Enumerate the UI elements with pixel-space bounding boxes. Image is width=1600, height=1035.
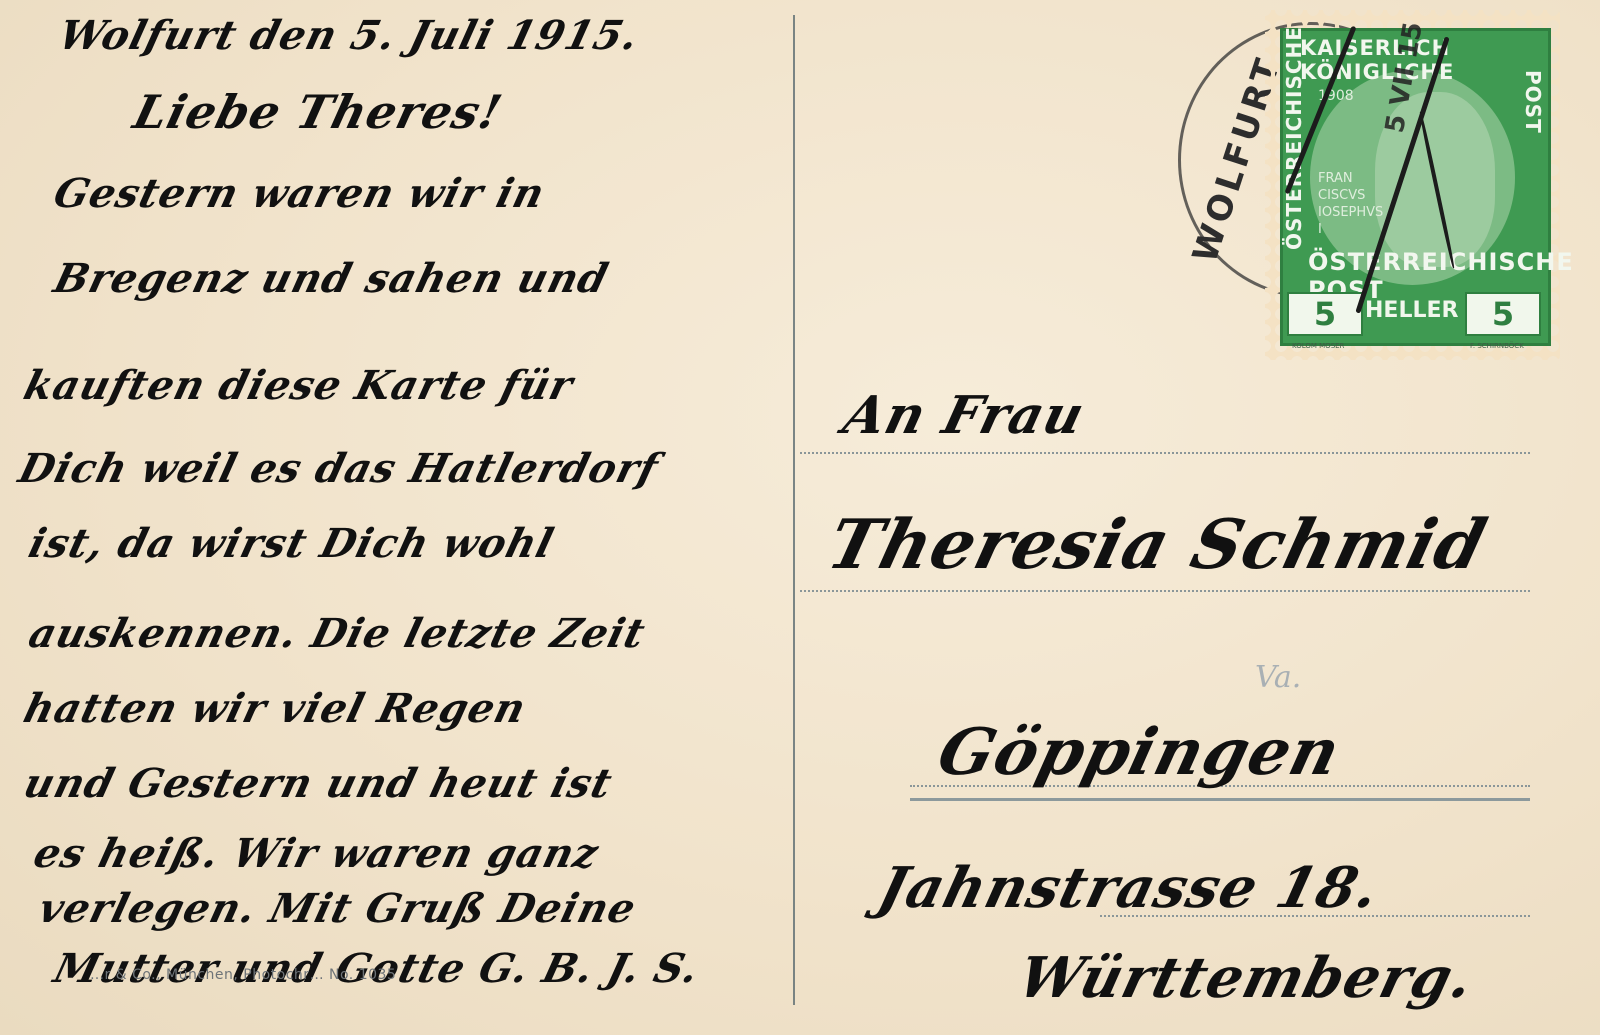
pencil-note: Va. [1255,660,1301,695]
message-line: Dich weil es das Hatlerdorf [14,445,663,492]
stamp-left-text: ÖSTERREICHISCHE [1282,26,1306,250]
message-line: auskennen. Die letzte Zeit [24,610,650,657]
recipient-name: Theresia Schmid [820,505,1494,585]
message-line: Bregenz und sahen und [49,255,613,302]
recipient-salutation: An Frau [837,385,1090,446]
message-line: Gestern waren wir in [49,170,550,217]
stamp-right-text: POST [1521,70,1545,134]
center-divider [793,15,795,1005]
stamp-denomination: HELLER [1365,298,1458,323]
printer-imprint: …r & Co., München, Photochr… No. 1035 [90,967,396,983]
recipient-street: Jahnstrasse 18. [872,855,1386,921]
address-line-1 [800,452,1530,454]
date-line: Wolfurt den 5. Juli 1915. [54,12,644,59]
stamp-value-right: 5 [1465,292,1541,336]
stamp-designer-right: F. SCHIRNBÖCK [1470,342,1524,350]
caption-line: IOSEPHVS [1318,204,1388,221]
stamp-value-left: 5 [1287,292,1363,336]
message-line: es heiß. Wir waren ganz [29,830,604,877]
stamp-portrait-caption: FRAN CISCVS IOSEPHVS I [1318,170,1388,238]
city-underline [910,798,1530,801]
greeting: Liebe Theres! [128,85,508,139]
recipient-region: Württemberg. [1012,945,1481,1011]
recipient-city: Göppingen [931,715,1348,790]
message-line: und Gestern und heut ist [19,760,617,807]
caption-line: FRAN [1318,170,1388,187]
stamp-designer-left: KOLOM MOSER [1292,342,1344,350]
message-line: hatten wir viel Regen [19,685,531,732]
message-line: verlegen. Mit Gruß Deine [34,885,641,932]
address-line-2 [800,590,1530,592]
message-line: ist, da wirst Dich wohl [24,520,559,567]
postcard-back: Wolfurt den 5. Juli 1915. Liebe Theres! … [0,0,1600,1035]
caption-line: CISCVS [1318,187,1388,204]
caption-line: I [1318,221,1388,238]
message-line: kauften diese Karte für [19,362,578,409]
